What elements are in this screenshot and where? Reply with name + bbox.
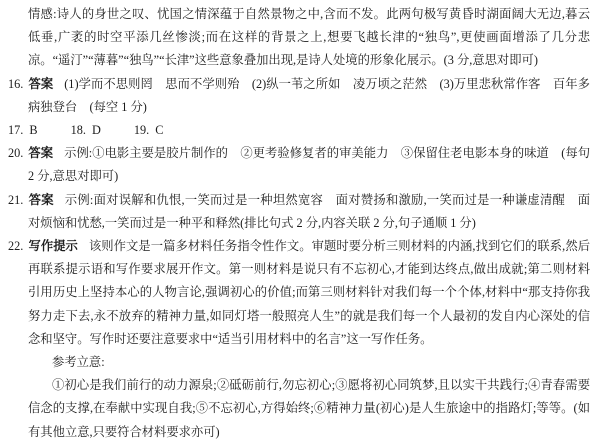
reference-ideas-list: ①初心是我们前行的动力源泉;②砥砺前行,勿忘初心;③愿将初心同筑梦,且以实干共践… (8, 374, 590, 441)
answer-label-21: 答案 (28, 193, 53, 207)
answer-item-16: 16.答案(1)学而不思则罔 思而不学则殆 (2)纵一苇之所如 凌万顷之茫然 (… (8, 73, 590, 119)
choice-letter-19: C (155, 123, 163, 137)
answer-line-17-18-19: 17.B18.D19.C (8, 119, 590, 142)
answer-body-16: (1)学而不思则罔 思而不学则殆 (2)纵一苇之所如 凌万顷之茫然 (3)万里悲… (28, 77, 590, 114)
answer-body-20: 示例:①电影主要是胶片制作的 ②更考验修复者的审美能力 ③保留住老电影本身的味道… (28, 146, 590, 183)
question-number-18: 18. (71, 123, 86, 137)
answer-label-22: 写作提示 (28, 239, 78, 253)
answer-15-continuation-paragraph: 情感:诗人的身世之叹、忧国之情深蕴于自然景物之中,含而不发。此两句极写黄昏时湖面… (8, 3, 590, 73)
question-number-16: 16. (8, 77, 23, 91)
question-number-22: 22. (8, 239, 23, 253)
choice-answer-17: 17.B (8, 123, 38, 137)
answer-body-21: 示例:面对误解和仇恨,一笑而过是一种坦然宽容 面对赞扬和激励,一笑而过是一种谦虚… (28, 193, 590, 230)
answer-item-20: 20.答案示例:①电影主要是胶片制作的 ②更考验修复者的审美能力 ③保留住老电影… (8, 142, 590, 188)
answer-item-21: 21.答案示例:面对误解和仇恨,一笑而过是一种坦然宽容 面对赞扬和激励,一笑而过… (8, 189, 590, 235)
reference-ideas-heading: 参考立意: (8, 351, 590, 374)
question-number-19: 19. (134, 123, 149, 137)
question-number-21: 21. (8, 193, 23, 207)
choice-letter-18: D (92, 123, 101, 137)
choice-answer-19: 19.C (134, 123, 164, 137)
question-number-20: 20. (8, 146, 23, 160)
choice-letter-17: B (29, 123, 37, 137)
answer-label-16: 答案 (28, 77, 53, 91)
answer-body-22: 该则作文是一篇多材料任务指令性作文。审题时要分析三则材料的内涵,找到它们的联系,… (28, 239, 590, 346)
choice-answer-18: 18.D (71, 123, 101, 137)
answer-key-page: 情感:诗人的身世之叹、忧国之情深蕴于自然景物之中,含而不发。此两句极写黄昏时湖面… (0, 0, 598, 441)
question-number-17: 17. (8, 123, 23, 137)
answer-item-22: 22.写作提示该则作文是一篇多材料任务指令性作文。审题时要分析三则材料的内涵,找… (8, 235, 590, 351)
answer-label-20: 答案 (28, 146, 53, 160)
